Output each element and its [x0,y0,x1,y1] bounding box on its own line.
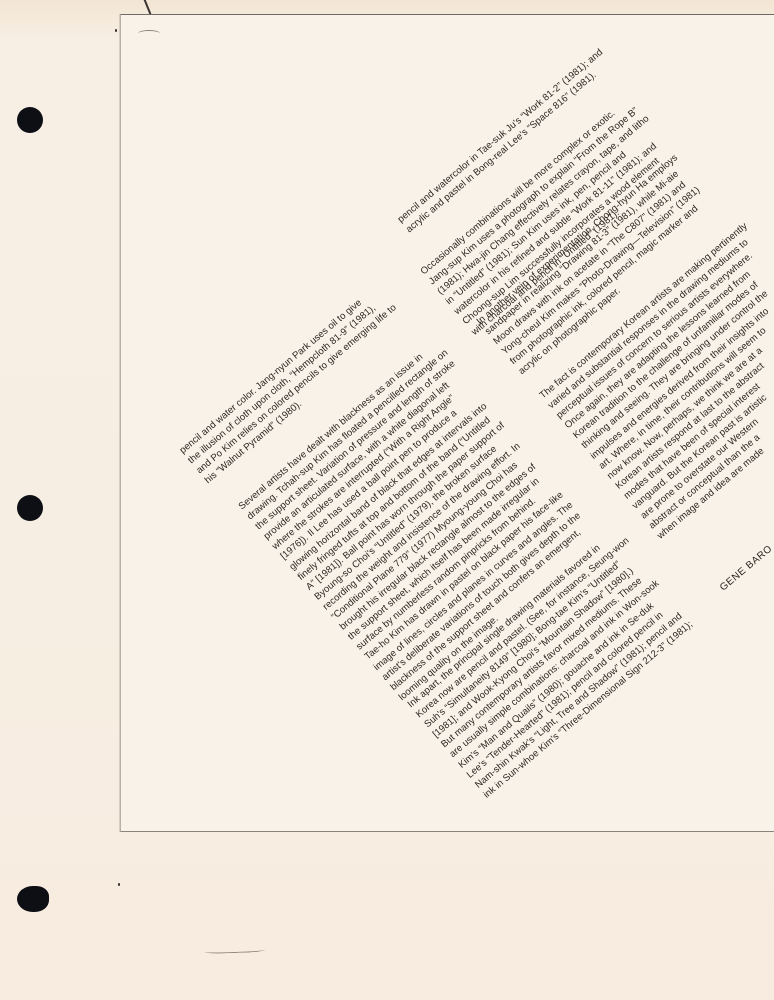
author-signature: GENE BARO [718,543,774,593]
article-body: pencil and watercolor in Tae-suk Ju's “W… [0,0,774,1000]
